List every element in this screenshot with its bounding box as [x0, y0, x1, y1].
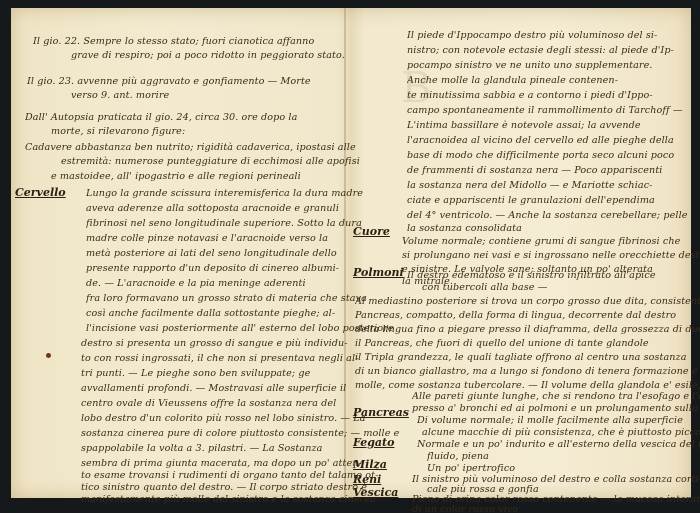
- text-line: così anche facilmente dalla sottostante …: [86, 308, 335, 320]
- text-line: to esame trovansi i rudimenti di organo …: [81, 470, 378, 482]
- text-line: di un color rosso vivo: [412, 504, 518, 513]
- margin-label-vescica: Vescica: [353, 486, 398, 499]
- text-line: campo spontaneamente il rammollimento di…: [407, 105, 683, 117]
- right-page: Il piede d'Ippocampo destro più volumino…: [347, 8, 691, 498]
- text-line: Il gio. 22. Sempre lo stesso stato; fuor…: [33, 36, 314, 48]
- text-line: verso 9. ant. morire: [71, 90, 169, 102]
- text-line: Il piede d'Ippocampo destro più volumino…: [407, 30, 657, 42]
- text-line: Cadavere abbastanza ben nutrito; rigidit…: [25, 142, 356, 154]
- left-page: Il gio. 22. Sempre lo stesso stato; fuor…: [11, 8, 344, 498]
- text-line: de frammenti di sostanza nera — Poco app…: [407, 165, 662, 177]
- text-line: e mastoidee, all' ipogastrio e alle regi…: [51, 171, 301, 183]
- text-line: il Tripla grandezza, le quali tagliate o…: [355, 352, 687, 364]
- text-line: si prolungano nei vasi e si ingrossano n…: [402, 250, 700, 262]
- text-line: la sostanza consolidata: [407, 223, 522, 235]
- text-line: la sostanza nera del Midollo — e Mariott…: [407, 180, 653, 192]
- text-line: presso a' bronchi ed ai polmoni e un pro…: [412, 403, 700, 415]
- text-line: Volume normale; contiene grumi di sangue…: [402, 236, 680, 248]
- text-line: to con rossi ingrossati, il che non si p…: [81, 353, 358, 365]
- text-line: pocampo sinistro ve ne unito uno supplem…: [407, 60, 653, 72]
- margin-label-fegato: Fegato: [353, 436, 394, 449]
- text-line: l'aracnoidea al vicino del cervello ed a…: [407, 135, 674, 147]
- text-line: fra loro formavano un grosso strato di m…: [86, 293, 367, 305]
- text-line: madre colle pinze notavasi e l'aracnoide…: [86, 233, 328, 245]
- margin-label-polmoni: Polmoni: [353, 266, 404, 279]
- margin-label-milza: Milza: [353, 458, 387, 471]
- text-line: di un bianco giallastro, ma a lungo si f…: [355, 366, 700, 378]
- text-line: Dall' Autopsia praticata il gio. 24, cir…: [25, 112, 297, 124]
- text-line: destro si presenta un grosso di sangue e…: [81, 338, 348, 350]
- text-line: aveva aderenze alla sottoposta aracnoide…: [86, 203, 339, 215]
- text-line: te minutissima sabbia e a contorno i pie…: [407, 90, 653, 102]
- text-line: con tubercoli alla base —: [422, 282, 547, 294]
- margin-label-reni: Reni: [353, 473, 381, 486]
- text-line: Pancreas, compatto, della forma di lingu…: [355, 310, 676, 322]
- text-line: avvallamenti profondi. — Mostravasi alle…: [81, 383, 346, 395]
- text-line: Normale e un po' indurito e all'esterno …: [417, 439, 700, 451]
- text-line: sembra di prima giunta macerata, ma dopo…: [81, 458, 362, 470]
- margin-label-cuore: Cuore: [353, 225, 390, 238]
- text-line: metà posteriore ai lati del seno longitu…: [86, 248, 337, 260]
- text-line: estremità: numerose punteggiature di ecc…: [61, 156, 360, 168]
- text-line: del 4° ventricolo. — Anche la sostanza c…: [407, 210, 688, 222]
- ink-stain: [46, 353, 51, 358]
- manuscript-sheet: B Il gio. 22. Sempre lo stesso stato; fu…: [11, 8, 691, 498]
- margin-label-cervello: Cervello: [15, 186, 66, 199]
- text-line: tri punti. — Le pieghe sono ben sviluppa…: [81, 368, 310, 380]
- text-line: il Pancreas, che fuori di quello del uni…: [355, 338, 649, 350]
- text-line: manifestamente più molle del sinistro e …: [81, 494, 376, 506]
- text-line: L'intima bassillare è notevole assai; la…: [407, 120, 641, 132]
- text-line: Al mediastino posteriore si trova un cor…: [355, 296, 700, 308]
- text-line: alcune macchie di più consistenza, che è…: [422, 427, 700, 439]
- text-line: centro ovale di Vieussens offre la sosta…: [81, 398, 336, 410]
- text-line: Il destro edematoso e il sinistro infilt…: [407, 270, 656, 282]
- text-line: Alle pareti giunte lunghe, che si rendon…: [412, 391, 700, 403]
- text-line: Lungo la grande scissura interemisferica…: [86, 188, 363, 200]
- text-line: fibrinosi nel seno longitudinale superio…: [86, 218, 362, 230]
- text-line: tico sinistro quanto del destro. — Il co…: [81, 482, 367, 494]
- text-line: morte, si rilevarono figure:: [51, 126, 185, 138]
- text-line: presente rapporto d'un deposito di ciner…: [86, 263, 339, 275]
- text-line: nistro; con notevole ectasie degli stess…: [407, 45, 674, 57]
- text-line: della lingua fino a piegare presso il di…: [355, 324, 700, 336]
- text-line: Il gio. 23. avvenne più aggravato e gonf…: [27, 76, 311, 88]
- text-line: fluido, piena: [427, 451, 489, 463]
- text-line: lobo destro d'un colorito più rosso nel …: [81, 413, 366, 425]
- text-line: ciate e appariscenti le granulazioni del…: [407, 195, 655, 207]
- text-line: spappolabile la volta a 3. pilastri. — L…: [81, 443, 322, 455]
- margin-label-pancreas: Pancreas: [353, 406, 409, 419]
- text-line: Di volume normale; il molle facilmente a…: [417, 415, 683, 427]
- text-line: grave di respiro; poi a poco ridotto in …: [71, 50, 345, 62]
- text-line: base di modo che difficilmente porta sec…: [407, 150, 674, 162]
- text-line: Anche molle la glandula pineale contenen…: [407, 75, 618, 87]
- text-line: de. — L'aracnoide e la pia meninge adere…: [86, 278, 306, 290]
